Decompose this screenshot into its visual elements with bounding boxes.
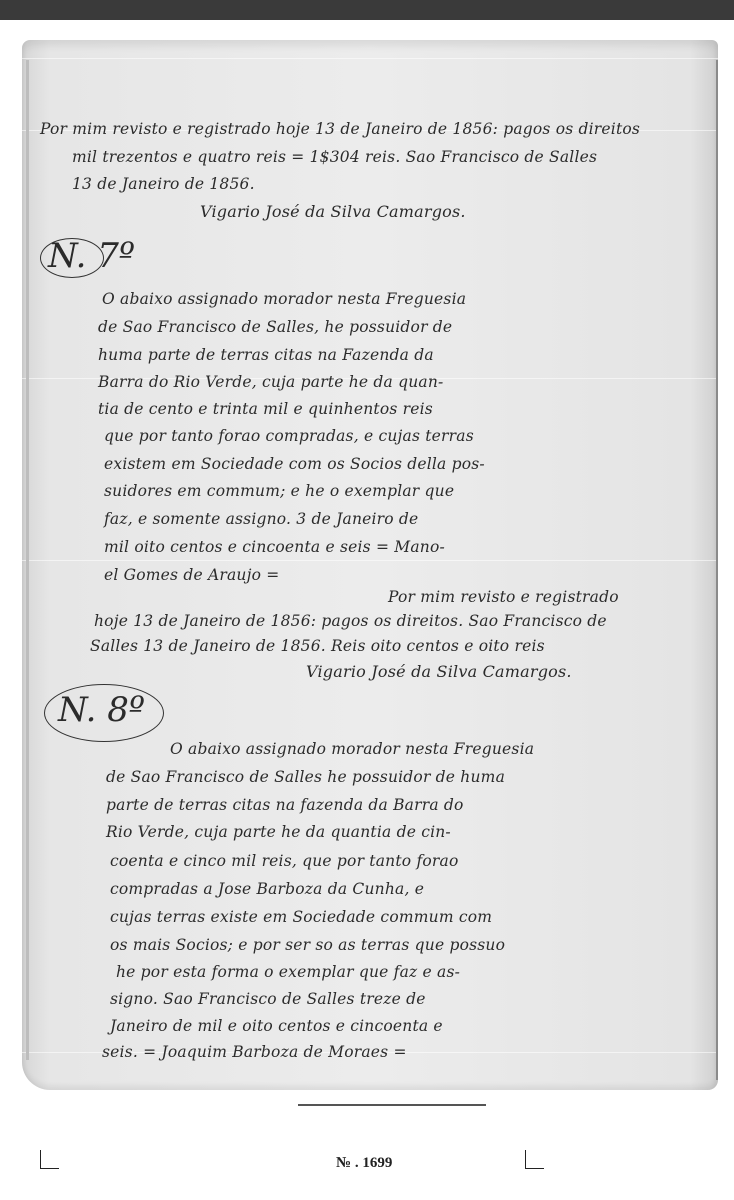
entry-line: Barra do Rio Verde, cuja parte he da qua… (98, 373, 443, 391)
registry-note-line: hoje 13 de Janeiro de 1856: pagos os dir… (94, 612, 607, 630)
entry-line: suidores em commum; e he o exemplar que (104, 482, 454, 500)
header-line: mil trezentos e quatro reis = 1$304 reis… (72, 148, 597, 166)
header-signature: Vigario José da Silva Camargos. (200, 202, 466, 221)
document-page (22, 40, 718, 1090)
entry-line: os mais Socios; e por ser so as terras q… (110, 936, 505, 954)
entry-line: Rio Verde, cuja parte he da quantia de c… (106, 823, 451, 841)
entry-line: cujas terras existe em Sociedade commum … (110, 908, 492, 926)
entry-line: de Sao Francisco de Salles he possuidor … (106, 768, 505, 786)
entry-7-signature: Vigario José da Silva Camargos. (306, 662, 572, 681)
entry-line: existem em Sociedade com os Socios della… (104, 455, 485, 473)
entry-line: huma parte de terras citas na Fazenda da (98, 346, 434, 364)
entry-line: O abaixo assignado morador nesta Fregues… (170, 740, 534, 758)
flourish-icon (40, 238, 104, 278)
entry-line: tia de cento e trinta mil e quinhentos r… (98, 400, 433, 418)
entry-line: compradas a Jose Barboza da Cunha, e (110, 880, 424, 898)
entry-line: seis. = Joaquim Barboza de Moraes = (102, 1043, 407, 1061)
registry-note-line: Por mim revisto e registrado (388, 588, 619, 606)
header-line: 13 de Janeiro de 1856. (72, 175, 255, 193)
scanner-top-band (0, 0, 734, 20)
header-line: Por mim revisto e registrado hoje 13 de … (40, 120, 640, 138)
archive-page-number: № . 1699 (336, 1155, 392, 1172)
entry-line: mil oito centos e cincoenta e seis = Man… (104, 538, 445, 556)
entry-line: Janeiro de mil e oito centos e cincoenta… (110, 1017, 443, 1035)
entry-number-7: N. 7º (48, 236, 135, 276)
page-edge (716, 60, 718, 1080)
entry-line: que por tanto forao compradas, e cujas t… (104, 427, 474, 445)
entry-line: O abaixo assignado morador nesta Fregues… (102, 290, 466, 308)
entry-line: el Gomes de Araujo = (104, 566, 279, 584)
entry-number-8: N. 8º (58, 690, 145, 730)
crop-mark-bottom-left (40, 1150, 59, 1169)
flourish-icon (44, 684, 164, 742)
entry-line: de Sao Francisco de Salles, he possuidor… (98, 318, 452, 336)
registry-note-line: Salles 13 de Janeiro de 1856. Reis oito … (90, 637, 545, 655)
page-fold-shadow (26, 60, 29, 1060)
entry-line: coenta e cinco mil reis, que por tanto f… (110, 852, 459, 870)
entry-line: parte de terras citas na fazenda da Barr… (106, 796, 464, 814)
entry-line: faz, e somente assigno. 3 de Janeiro de (104, 510, 418, 528)
divider-line (298, 1104, 486, 1106)
entry-line: he por esta forma o exemplar que faz e a… (116, 963, 460, 981)
crop-mark-bottom-right (525, 1150, 544, 1169)
entry-line: signo. Sao Francisco de Salles treze de (110, 990, 426, 1008)
